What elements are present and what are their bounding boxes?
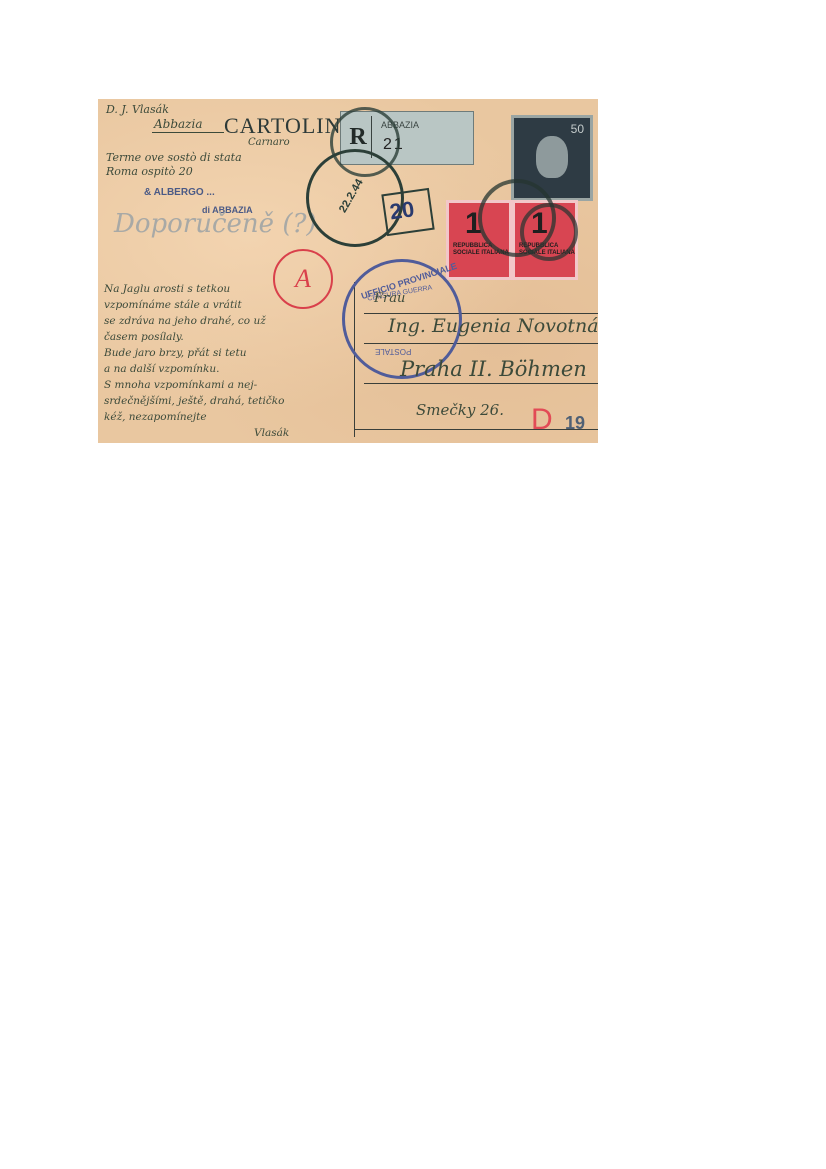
box-number: 20 (388, 196, 416, 225)
message-line: a na další vzpomínku. (104, 361, 354, 377)
postcard: D. J. Vlasák Abbazia Carnaro Terme ove s… (98, 99, 598, 443)
address-line (354, 429, 598, 430)
address-street: Smečky 26. (416, 401, 504, 419)
message-line: vzpomínáme stále a vrátit (104, 297, 354, 313)
address-city: Praha II. Böhmen (400, 357, 587, 381)
address-prefix: Frau (374, 291, 405, 306)
censor-office-line3: POSTALE (375, 347, 411, 356)
message-line: časem posílaly. (104, 329, 354, 345)
sender-line: Terme ove sostò di stata (106, 151, 242, 164)
message-line: kéž, nezapomínejte (104, 409, 354, 425)
address-name: Ing. Eugenia Novotná (388, 315, 598, 337)
cancellation-mark (520, 203, 578, 261)
message-line: srdečnějšími, ještě, drahá, tetičko (104, 393, 354, 409)
stamp-value: 50 (571, 122, 584, 136)
censor-letter-d: D (531, 403, 553, 437)
card-title: CARTOLIN (224, 113, 342, 139)
postmark-date: 22.2.44 (337, 177, 366, 215)
message-line: S mnoha vzpomínkami a nej- (104, 377, 354, 393)
address-line (364, 383, 598, 384)
message-signature: Vlasák (104, 425, 354, 441)
sender-town: Abbazia (154, 117, 203, 131)
sender-name: D. J. Vlasák (106, 103, 169, 116)
sender-line: Roma ospitò 20 (106, 165, 193, 178)
message-line: se zdráva na jeho drahé, co už (104, 313, 354, 329)
censor-number: 19 (565, 413, 585, 434)
underline (152, 132, 224, 133)
message-line: Na Jaglu arosti s tetkou (104, 281, 354, 297)
message-line: Bude jaro brzy, přát si tetu (104, 345, 354, 361)
message-body: Na Jaglu arosti s tetkou vzpomínáme stál… (104, 281, 354, 441)
portrait-icon (536, 136, 568, 178)
box-number-mark: 20 (381, 188, 434, 236)
sender-stamp-line1: & ALBERGO ... (144, 187, 215, 198)
pencil-note: Doporučeně (?) (114, 209, 317, 239)
